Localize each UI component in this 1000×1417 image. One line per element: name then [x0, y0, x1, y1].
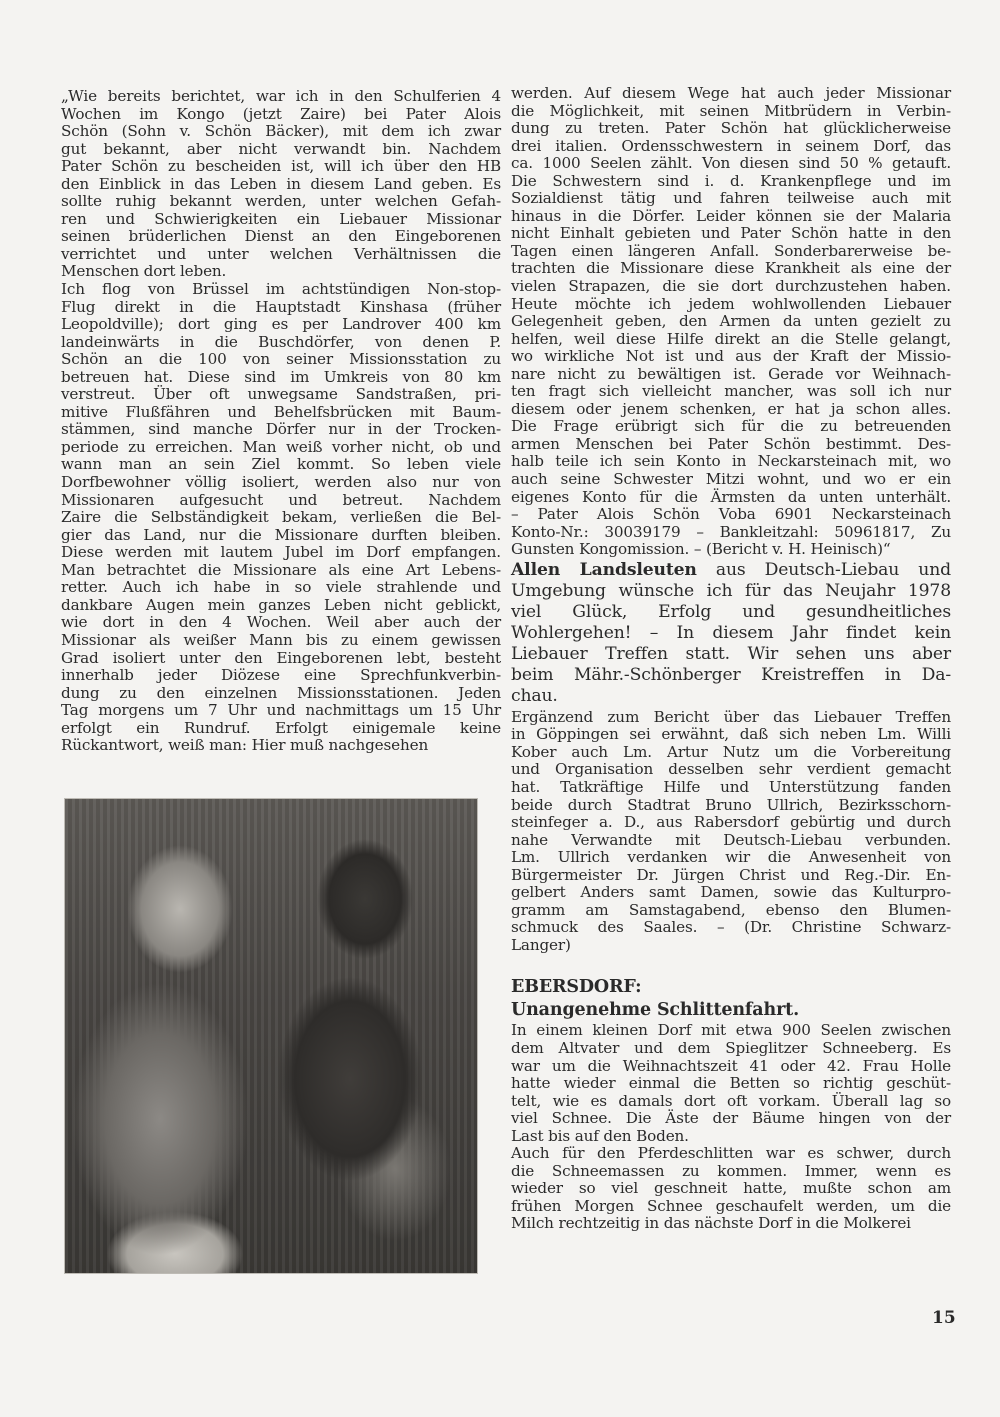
text-line: steinfeger a. D., aus Rabersdorf gebürti… — [511, 814, 951, 832]
text-line: innerhalb jeder Diözese eine Sprechfunkv… — [61, 667, 501, 685]
text-line: armen Menschen bei Pater Schön bestimmt.… — [511, 436, 951, 454]
left-column: „Wie bereits berichtet, war ich in den S… — [61, 88, 501, 755]
text-line: Milch rechtzeitig in das nächste Dorf in… — [511, 1215, 951, 1233]
report-continuation: werden. Auf diesem Wege hat auch jeder M… — [511, 85, 951, 559]
text-line: ten fragt sich vielleicht mancher, was s… — [511, 383, 951, 401]
text-line: Ich flog von Brüssel im achtstündigen No… — [61, 281, 501, 299]
text-line: Die Schwestern sind i. d. Krankenpflege … — [511, 173, 951, 191]
text-line: Die Frage erübrigt sich für die zu betre… — [511, 418, 951, 436]
text-line: Schön an die 100 von seiner Missionsstat… — [61, 351, 501, 369]
text-line: Umgebung wünsche ich für das Neujahr 197… — [511, 581, 951, 602]
text-line: gramm am Samstagabend, ebenso den Blumen… — [511, 902, 951, 920]
text-line: nicht Einhalt gebieten und Pater Schön h… — [511, 225, 951, 243]
text-line: Last bis auf den Boden. — [511, 1128, 951, 1146]
text-line: erfolgt ein Rundruf. Erfolgt einigemale … — [61, 720, 501, 738]
text-line: frühen Morgen Schnee geschaufelt werden,… — [511, 1198, 951, 1216]
text-line: Pater Schön zu bescheiden ist, will ich … — [61, 158, 501, 176]
text-line: Tagen einen längeren Anfall. Sonderbarer… — [511, 243, 951, 261]
text-line: verstreut. Über oft unwegsame Sandstraße… — [61, 386, 501, 404]
text-line: hatte wieder einmal die Betten so richti… — [511, 1075, 951, 1093]
text-line: dem Altvater und dem Spieglitzer Schneeb… — [511, 1040, 951, 1058]
text-line: Menschen dort leben. — [61, 263, 501, 281]
text-line: – Pater Alois Schön Voba 6901 Neckarstei… — [511, 506, 951, 524]
text-line: die Schneemassen zu kommen. Immer, wenn … — [511, 1163, 951, 1181]
text-line: helfen, weil diese Hilfe direkt an die S… — [511, 331, 951, 349]
text-line: In einem kleinen Dorf mit etwa 900 Seele… — [511, 1022, 951, 1040]
new-year-greeting: Allen Landsleuten aus Deutsch-Liebau und… — [511, 560, 951, 707]
text-line: trachten die Missionare diese Krankheit … — [511, 260, 951, 278]
text-line: mitive Flußfähren und Behelfsbrücken mit… — [61, 404, 501, 422]
text-line: Flug direkt in die Hauptstadt Kinshasa (… — [61, 299, 501, 317]
text-line: Leopoldville); dort ging es per Landrove… — [61, 316, 501, 334]
text-line: dankbare Augen mein ganzes Leben nicht g… — [61, 597, 501, 615]
text-line: chau. — [511, 686, 951, 707]
text-line: und Organisation desselben sehr verdient… — [511, 761, 951, 779]
text-line: Schön (Sohn v. Schön Bäcker), mit dem ic… — [61, 123, 501, 141]
text-line: drei italien. Ordensschwestern in seinem… — [511, 138, 951, 156]
text-line: periode zu erreichen. Man weiß vorher ni… — [61, 439, 501, 457]
text-line: ca. 1000 Seelen zählt. Von diesen sind 5… — [511, 155, 951, 173]
text-line: viel Glück, Erfolg und gesundheitliches — [511, 602, 951, 623]
text-line: dung zu treten. Pater Schön hat glücklic… — [511, 120, 951, 138]
text-line: beide durch Stadtrat Bruno Ullrich, Bezi… — [511, 797, 951, 815]
text-line: gut bekannt, aber nicht verwandt bin. Na… — [61, 141, 501, 159]
text-line: Bürgermeister Dr. Jürgen Christ und Reg.… — [511, 867, 951, 885]
text-line: wie dort in den 4 Wochen. Weil aber auch… — [61, 614, 501, 632]
text-line: „Wie bereits berichtet, war ich in den S… — [61, 88, 501, 106]
text-line: Wohlergehen! – In diesem Jahr findet kei… — [511, 623, 951, 644]
text-line: Langer) — [511, 937, 951, 955]
greeting-first-line: Allen Landsleuten aus Deutsch-Liebau und — [511, 560, 951, 581]
text-line: Tag morgens um 7 Uhr und nachmittags um … — [61, 702, 501, 720]
text-line: Konto-Nr.: 30039179 – Bankleitzahl: 5096… — [511, 524, 951, 542]
text-line: hinaus in die Dörfer. Leider können sie … — [511, 208, 951, 226]
text-line: war um die Weihnachtszeit 41 oder 42. Fr… — [511, 1058, 951, 1076]
page-number: 15 — [932, 1308, 956, 1328]
text-line: gelbert Anders samt Damen, sowie das Kul… — [511, 884, 951, 902]
text-line: betreuen hat. Diese sind im Umkreis von … — [61, 369, 501, 387]
text-line: Ergänzend zum Bericht über das Liebauer … — [511, 709, 951, 727]
text-line: diesem oder jenem schenken, er hat ja sc… — [511, 401, 951, 419]
text-line: Liebauer Treffen statt. Wir sehen uns ab… — [511, 644, 951, 665]
text-line: Auch für den Pferdeschlitten war es schw… — [511, 1145, 951, 1163]
text-line: Gunsten Kongomission. – (Bericht v. H. H… — [511, 541, 951, 559]
article-body: In einem kleinen Dorf mit etwa 900 Seele… — [511, 1022, 951, 1233]
section-heading: EBERSDORF: — [511, 976, 951, 998]
greeting-bold-lead: Allen Landsleuten — [511, 560, 697, 580]
text-line: Man betrachtet die Missionare als eine A… — [61, 562, 501, 580]
text-line: beim Mähr.-Schönberger Kreistreffen in D… — [511, 665, 951, 686]
text-line: die Möglichkeit, mit seinen Mitbrüdern i… — [511, 103, 951, 121]
text-line: sollte ruhig bekannt werden, unter welch… — [61, 193, 501, 211]
text-line: hat. Tatkräftige Hilfe und Unterstützung… — [511, 779, 951, 797]
text-line: halb teile ich sein Konto in Neckarstein… — [511, 453, 951, 471]
text-line: Missionar als weißer Mann bis zu einem g… — [61, 632, 501, 650]
text-line: viel Schnee. Die Äste der Bäume hingen v… — [511, 1110, 951, 1128]
text-line: Diese werden mit lautem Jubel im Dorf em… — [61, 544, 501, 562]
text-line: Zaire die Selbständigkeit bekam, verließ… — [61, 509, 501, 527]
text-line: gier das Land, nur die Missionare durfte… — [61, 527, 501, 545]
text-line: stämmen, sind manche Dörfer nur in der T… — [61, 421, 501, 439]
text-line: Lm. Ullrich verdanken wir die Anwesenhei… — [511, 849, 951, 867]
text-line: in Göppingen sei erwähnt, daß sich neben… — [511, 726, 951, 744]
greeting-first-line-rest: aus Deutsch-Liebau und — [697, 560, 951, 580]
text-line: ren und Schwierigkeiten ein Liebauer Mis… — [61, 211, 501, 229]
right-column: werden. Auf diesem Wege hat auch jeder M… — [511, 85, 951, 1233]
text-line: nahe Verwandte mit Deutsch-Liebau verbun… — [511, 832, 951, 850]
text-line: wann man an sein Ziel kommt. So leben vi… — [61, 456, 501, 474]
text-line: werden. Auf diesem Wege hat auch jeder M… — [511, 85, 951, 103]
text-line: Grad isoliert unter den Eingeborenen leb… — [61, 650, 501, 668]
text-line: telt, wie es damals dort oft vorkam. Übe… — [511, 1093, 951, 1111]
text-line: Kober auch Lm. Artur Nutz um die Vorbere… — [511, 744, 951, 762]
text-line: dung zu den einzelnen Missionsstationen.… — [61, 685, 501, 703]
text-line: seinen brüderlichen Dienst an den Eingeb… — [61, 228, 501, 246]
text-line: schmuck des Saales. – (Dr. Christine Sch… — [511, 919, 951, 937]
text-line: Dorfbewohner völlig isoliert, werden als… — [61, 474, 501, 492]
text-line: Missionaren aufgesucht und betreut. Nach… — [61, 492, 501, 510]
text-line: Gelegenheit geben, den Armen da unten ge… — [511, 313, 951, 331]
text-line: landeinwärts in die Buschdörfer, von den… — [61, 334, 501, 352]
text-line: eigenes Konto für die Ärmsten da unten u… — [511, 489, 951, 507]
article-title: Unangenehme Schlittenfahrt. — [511, 999, 951, 1021]
text-line: nare nicht zu bewältigen ist. Gerade vor… — [511, 366, 951, 384]
missionary-photo — [64, 798, 478, 1274]
text-line: Heute möchte ich jedem wohlwollenden Lie… — [511, 296, 951, 314]
text-line: auch seine Schwester Mitzi wohnt, und wo… — [511, 471, 951, 489]
text-line: verrichtet und unter welchen Verhältniss… — [61, 246, 501, 264]
text-line: Rückantwort, weiß man: Hier muß nachgese… — [61, 737, 501, 755]
supplement-paragraph: Ergänzend zum Bericht über das Liebauer … — [511, 709, 951, 955]
text-line: den Einblick in das Leben in diesem Land… — [61, 176, 501, 194]
text-line: Sozialdienst tätig und fahren teilweise … — [511, 190, 951, 208]
text-line: retter. Auch ich habe in so viele strahl… — [61, 579, 501, 597]
text-line: wieder so viel geschneit hatte, mußte sc… — [511, 1180, 951, 1198]
text-line: wo wirkliche Not ist und aus der Kraft d… — [511, 348, 951, 366]
text-line: vielen Strapazen, die sie dort durchzust… — [511, 278, 951, 296]
text-line: Wochen im Kongo (jetzt Zaire) bei Pater … — [61, 106, 501, 124]
